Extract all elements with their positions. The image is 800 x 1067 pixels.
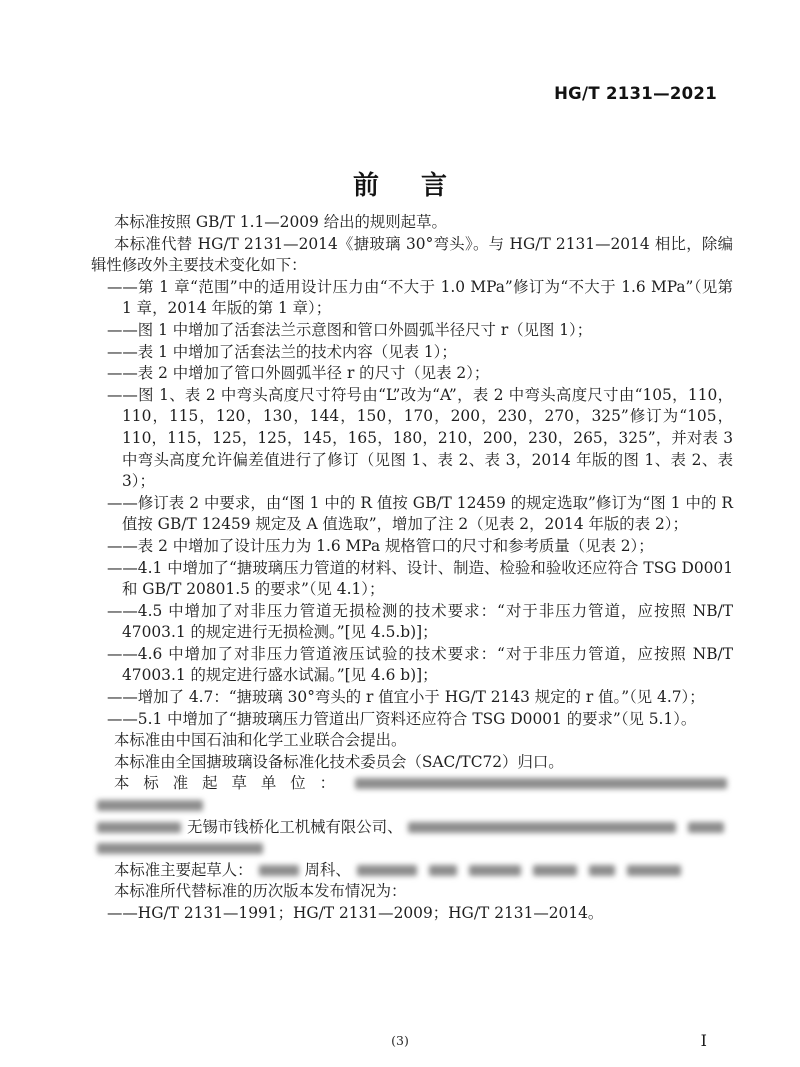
redacted-text [589,865,615,876]
text-run: 本标准所代替标准的历次版本发布情况为： [114,882,406,900]
foreword-paragraph: ——增加了 4.7：“搪玻璃 30°弯头的 r 值宜小于 HG/T 2143 规… [91,687,733,709]
text-run: 周科、 [305,861,351,879]
text-run: ——HG/T 2131—1991；HG/T 2131—2009；HG/T 213… [107,904,603,922]
foreword-paragraph: 本标准按照 GB/T 1.1—2009 给出的规则起草。 [91,212,733,234]
text-run: ——5.1 中增加了“搪玻璃压力管道出厂资料还应符合 TSG D0001 的要求… [107,710,696,728]
text-run: ——增加了 4.7：“搪玻璃 30°弯头的 r 值宜小于 HG/T 2143 规… [107,688,705,706]
text-run: 本标准按照 GB/T 1.1—2009 给出的规则起草。 [114,213,447,231]
text-run: ——图 1 中增加了活套法兰示意图和管口外圆弧半径尺寸 r（见图 1）； [107,321,592,339]
foreword-paragraph: 无锡市钱桥化工机械有限公司、 [91,817,733,839]
text-run: 本标准由中国石油和化学工业联合会提出。 [114,731,406,749]
document-page: { "page": { "standard_number": "HG/T 213… [0,0,800,1067]
text-run: 本标准由全国搪玻璃设备标准化技术委员会（SAC/TC72）归口。 [114,753,564,771]
foreword-paragraph: ——4.1 中增加了“搪玻璃压力管道的材料、设计、制造、检验和验收还应符合 TS… [91,558,733,601]
text-run: 无锡市钱桥化工机械有限公司、 [187,818,402,836]
foreword-paragraph: 本标准所代替标准的历次版本发布情况为： [91,881,733,903]
redacted-text [408,822,676,833]
foreword-paragraph: ——表 1 中增加了活套法兰的技术内容（见表 1）； [91,342,733,364]
redacted-text [627,865,681,876]
text-run: 本标准代替 HG/T 2131—2014《搪玻璃 30°弯头》。与 HG/T 2… [91,235,733,275]
foreword-paragraph: ——表 2 中增加了设计压力为 1.6 MPa 规格管口的尺寸和参考质量（见表 … [91,536,733,558]
text-run: ——图 1、表 2 中弯头高度尺寸符号由“L”改为“A”，表 2 中弯头高度尺寸… [107,386,733,490]
text-run: ——表 2 中增加了设计压力为 1.6 MPa 规格管口的尺寸和参考质量（见表 … [107,537,654,555]
redacted-text [469,865,521,876]
foreword-paragraph [91,838,733,860]
redacted-text [97,800,203,811]
foreword-paragraph: 本标准代替 HG/T 2131—2014《搪玻璃 30°弯头》。与 HG/T 2… [91,234,733,277]
foreword-paragraph: ——图 1 中增加了活套法兰示意图和管口外圆弧半径尺寸 r（见图 1）； [91,320,733,342]
text-run: ——4.5 中增加了对非压力管道无损检测的技术要求：“对于非压力管道，应按照 N… [107,602,733,642]
foreword-paragraph: ——修订表 2 中要求，由“图 1 中的 R 值按 GB/T 12459 的规定… [91,493,733,536]
page-title: 前 言 [0,165,800,202]
text-run: ——4.1 中增加了“搪玻璃压力管道的材料、设计、制造、检验和验收还应符合 TS… [107,559,733,599]
text-run: ——表 1 中增加了活套法兰的技术内容（见表 1）； [107,343,457,361]
foreword-paragraph: ——第 1 章“范围”中的适用设计压力由“不大于 1.0 MPa”修订为“不大于… [91,277,733,320]
foreword-paragraph: 本标准由全国搪玻璃设备标准化技术委员会（SAC/TC72）归口。 [91,752,733,774]
redacted-text [688,822,724,833]
foreword-paragraph: ——4.6 中增加了对非压力管道液压试验的技术要求：“对于非压力管道，应按照 N… [91,644,733,687]
foreword-paragraph: ——表 2 中增加了管口外圆弧半径 r 的尺寸（见表 2）； [91,363,733,385]
text-run: ——修订表 2 中要求，由“图 1 中的 R 值按 GB/T 12459 的规定… [107,494,733,534]
text-run: ——4.6 中增加了对非压力管道液压试验的技术要求：“对于非压力管道，应按照 N… [107,645,733,685]
standard-number: HG/T 2131—2021 [554,84,717,103]
text-run: ——第 1 章“范围”中的适用设计压力由“不大于 1.0 MPa”修订为“不大于… [107,278,733,318]
redacted-text [97,822,181,833]
text-run: 本标准起草单位： [114,774,349,792]
foreword-paragraph: 本标准由中国石油和化学工业联合会提出。 [91,730,733,752]
foreword-paragraph: ——4.5 中增加了对非压力管道无损检测的技术要求：“对于非压力管道，应按照 N… [91,601,733,644]
text-run: ——表 2 中增加了管口外圆弧半径 r 的尺寸（见表 2）； [107,364,489,382]
foreword-paragraph: ——图 1、表 2 中弯头高度尺寸符号由“L”改为“A”，表 2 中弯头高度尺寸… [91,385,733,493]
foreword-paragraph: ——HG/T 2131—1991；HG/T 2131—2009；HG/T 213… [91,903,733,925]
text-run: 本标准主要起草人： [114,861,253,879]
footer-page-number: (3) [0,1033,800,1048]
foreword-paragraph: 本标准起草单位： [91,773,733,816]
redacted-text [357,865,417,876]
foreword-body: 本标准按照 GB/T 1.1—2009 给出的规则起草。本标准代替 HG/T 2… [91,212,733,925]
redacted-text [355,778,727,789]
folio-page-number: I [701,1031,707,1050]
foreword-paragraph: ——5.1 中增加了“搪玻璃压力管道出厂资料还应符合 TSG D0001 的要求… [91,709,733,731]
redacted-text [97,843,263,854]
redacted-text [533,865,577,876]
foreword-paragraph: 本标准主要起草人：周科、 [91,860,733,882]
redacted-text [259,865,299,876]
redacted-text [429,865,457,876]
